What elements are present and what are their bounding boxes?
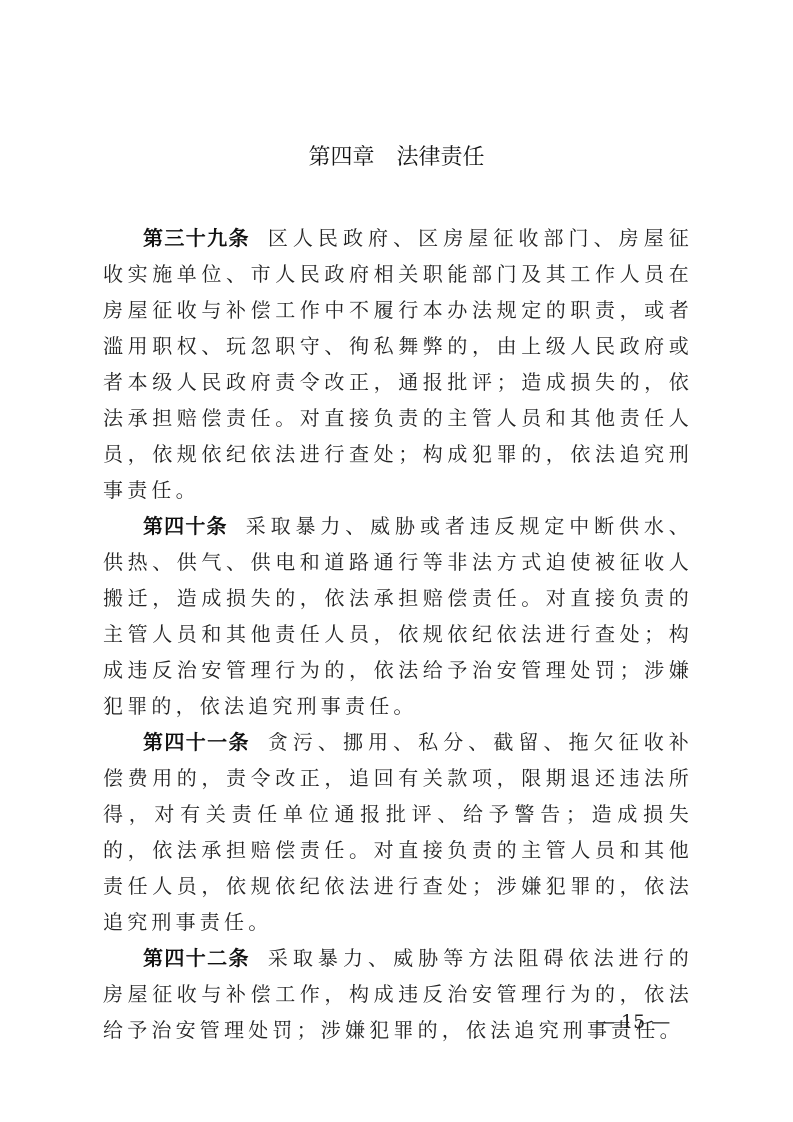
document-body: 第三十九条区人民政府、区房屋征收部门、房屋征收实施单位、市人民政府相关职能部门及… — [103, 220, 693, 1048]
article-text: 贪污、挪用、私分、截留、拖欠征收补偿费用的，责令改正，追回有关款项，限期退还违法… — [103, 730, 693, 934]
article-number: 第四十二条 — [143, 946, 250, 970]
chapter-title: 第四章 法律责任 — [0, 142, 793, 174]
article-number: 第四十一条 — [143, 730, 250, 754]
article-number: 第三十九条 — [143, 226, 250, 250]
article-text: 采取暴力、威胁或者违反规定中断供水、供热、供气、供电和道路通行等非法方式迫使被征… — [103, 514, 693, 718]
article-text: 区人民政府、区房屋征收部门、房屋征收实施单位、市人民政府相关职能部门及其工作人员… — [103, 226, 693, 502]
document-page: 第四章 法律责任 第三十九条区人民政府、区房屋征收部门、房屋征收实施单位、市人民… — [0, 0, 793, 1122]
article-40: 第四十条采取暴力、威胁或者违反规定中断供水、供热、供气、供电和道路通行等非法方式… — [103, 508, 693, 724]
page-number: — 15 — — [596, 1010, 670, 1034]
article-41: 第四十一条贪污、挪用、私分、截留、拖欠征收补偿费用的，责令改正，追回有关款项，限… — [103, 724, 693, 940]
article-number: 第四十条 — [143, 514, 228, 538]
article-39: 第三十九条区人民政府、区房屋征收部门、房屋征收实施单位、市人民政府相关职能部门及… — [103, 220, 693, 508]
